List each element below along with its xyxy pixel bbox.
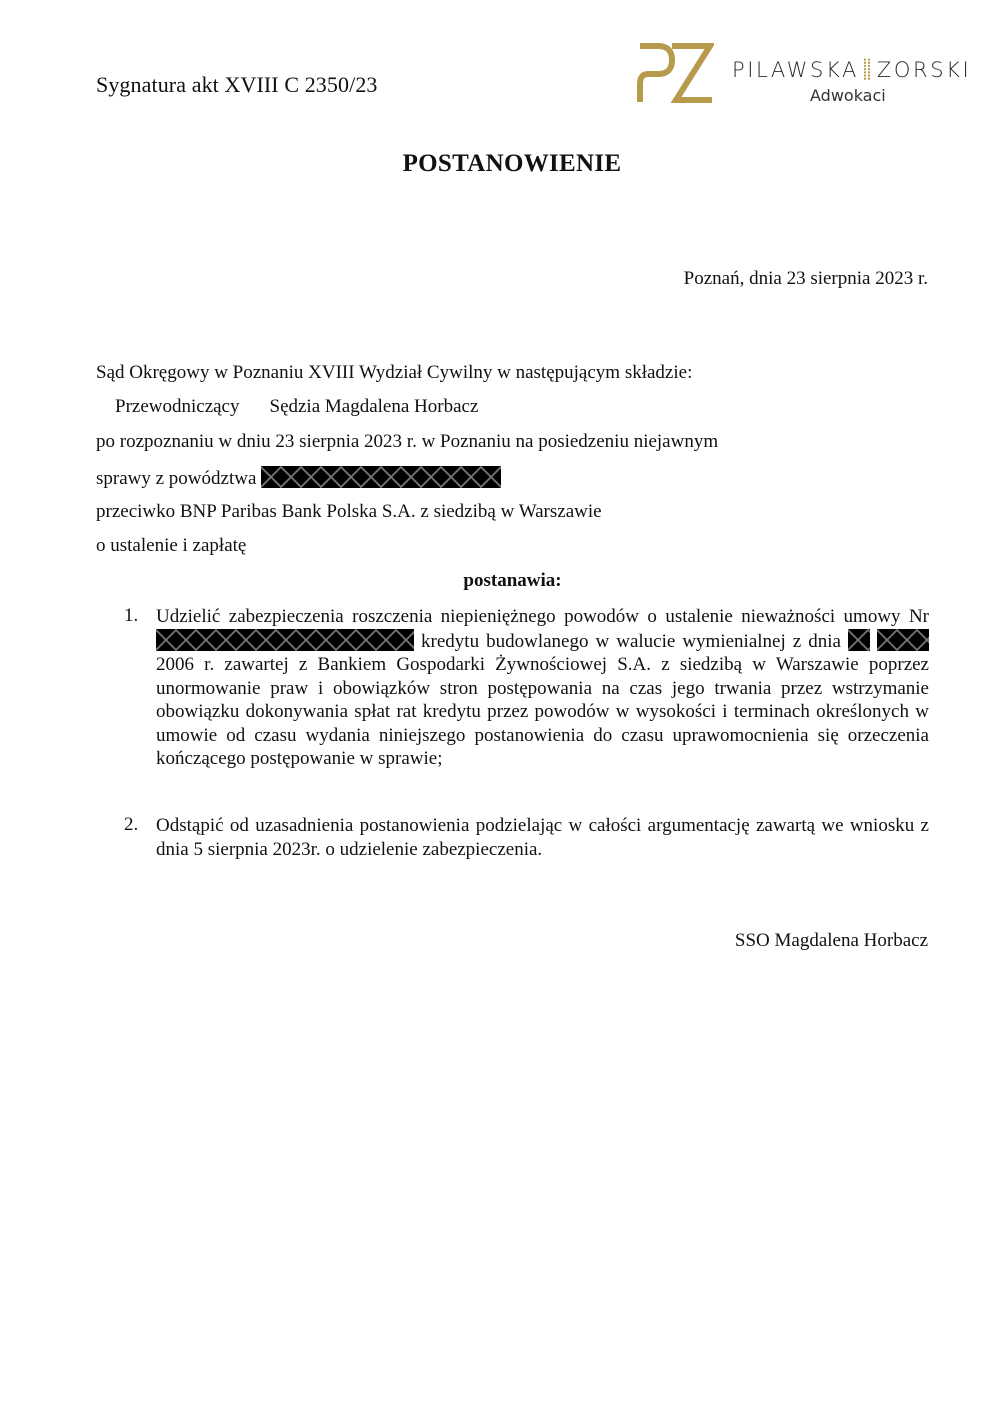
item-2-text: Odstąpić od uzasadnienia postanowienia p… — [156, 814, 929, 861]
presiding-label: Przewodniczący — [115, 396, 240, 417]
item-1-text-a: Udzielić zabezpieczenia roszczenia niepi… — [156, 606, 929, 627]
decision-heading: postanawia: — [0, 570, 1000, 592]
document-title: POSTANOWIENIE — [0, 150, 1000, 178]
place-date: Poznań, dnia 23 sierpnia 2023 r. — [684, 268, 928, 290]
plaintiff-prefix: sprawy z powództwa — [96, 468, 256, 489]
case-signature: Sygnatura akt XVIII C 2350/23 — [96, 72, 378, 98]
presiding-line: PrzewodniczącySędzia Magdalena Horbacz — [115, 396, 478, 418]
redacted-contract-number — [156, 629, 414, 651]
logo-firm-name: PILAWSKAZORSKI — [732, 58, 971, 82]
court-line: Sąd Okręgowy w Poznaniu XVIII Wydział Cy… — [96, 362, 692, 384]
logo-subtitle: Adwokaci — [810, 86, 886, 105]
item-1-text-b: kredytu budowlanego w walucie wymienialn… — [421, 631, 841, 652]
redacted-month — [877, 629, 929, 651]
judge-signature: SSO Magdalena Horbacz — [735, 930, 928, 952]
law-firm-logo: PILAWSKAZORSKI Adwokaci — [636, 42, 976, 112]
item-number: 1. — [124, 605, 138, 627]
item-number: 2. — [124, 814, 138, 836]
logo-name-right: ZORSKI — [877, 58, 971, 82]
logo-dotted-separator-icon — [863, 58, 871, 80]
redacted-plaintiff — [261, 466, 501, 488]
subject-line: o ustalenie i zapłatę — [96, 535, 246, 557]
plaintiff-line: sprawy z powództwa — [96, 466, 501, 490]
redacted-day — [848, 629, 870, 651]
pz-monogram-icon — [636, 42, 714, 104]
hearing-line: po rozpoznaniu w dniu 23 sierpnia 2023 r… — [96, 431, 718, 453]
presiding-name: Sędzia Magdalena Horbacz — [270, 396, 479, 417]
item-1-text-c: 2006 r. zawartej z Bankiem Gospodarki Ży… — [156, 654, 929, 769]
decision-item-2: 2. Odstąpić od uzasadnienia postanowieni… — [96, 814, 929, 861]
logo-name-left: PILAWSKA — [732, 58, 859, 82]
decision-item-1: 1. Udzielić zabezpieczenia roszczenia ni… — [96, 605, 929, 771]
defendant-line: przeciwko BNP Paribas Bank Polska S.A. z… — [96, 501, 602, 523]
